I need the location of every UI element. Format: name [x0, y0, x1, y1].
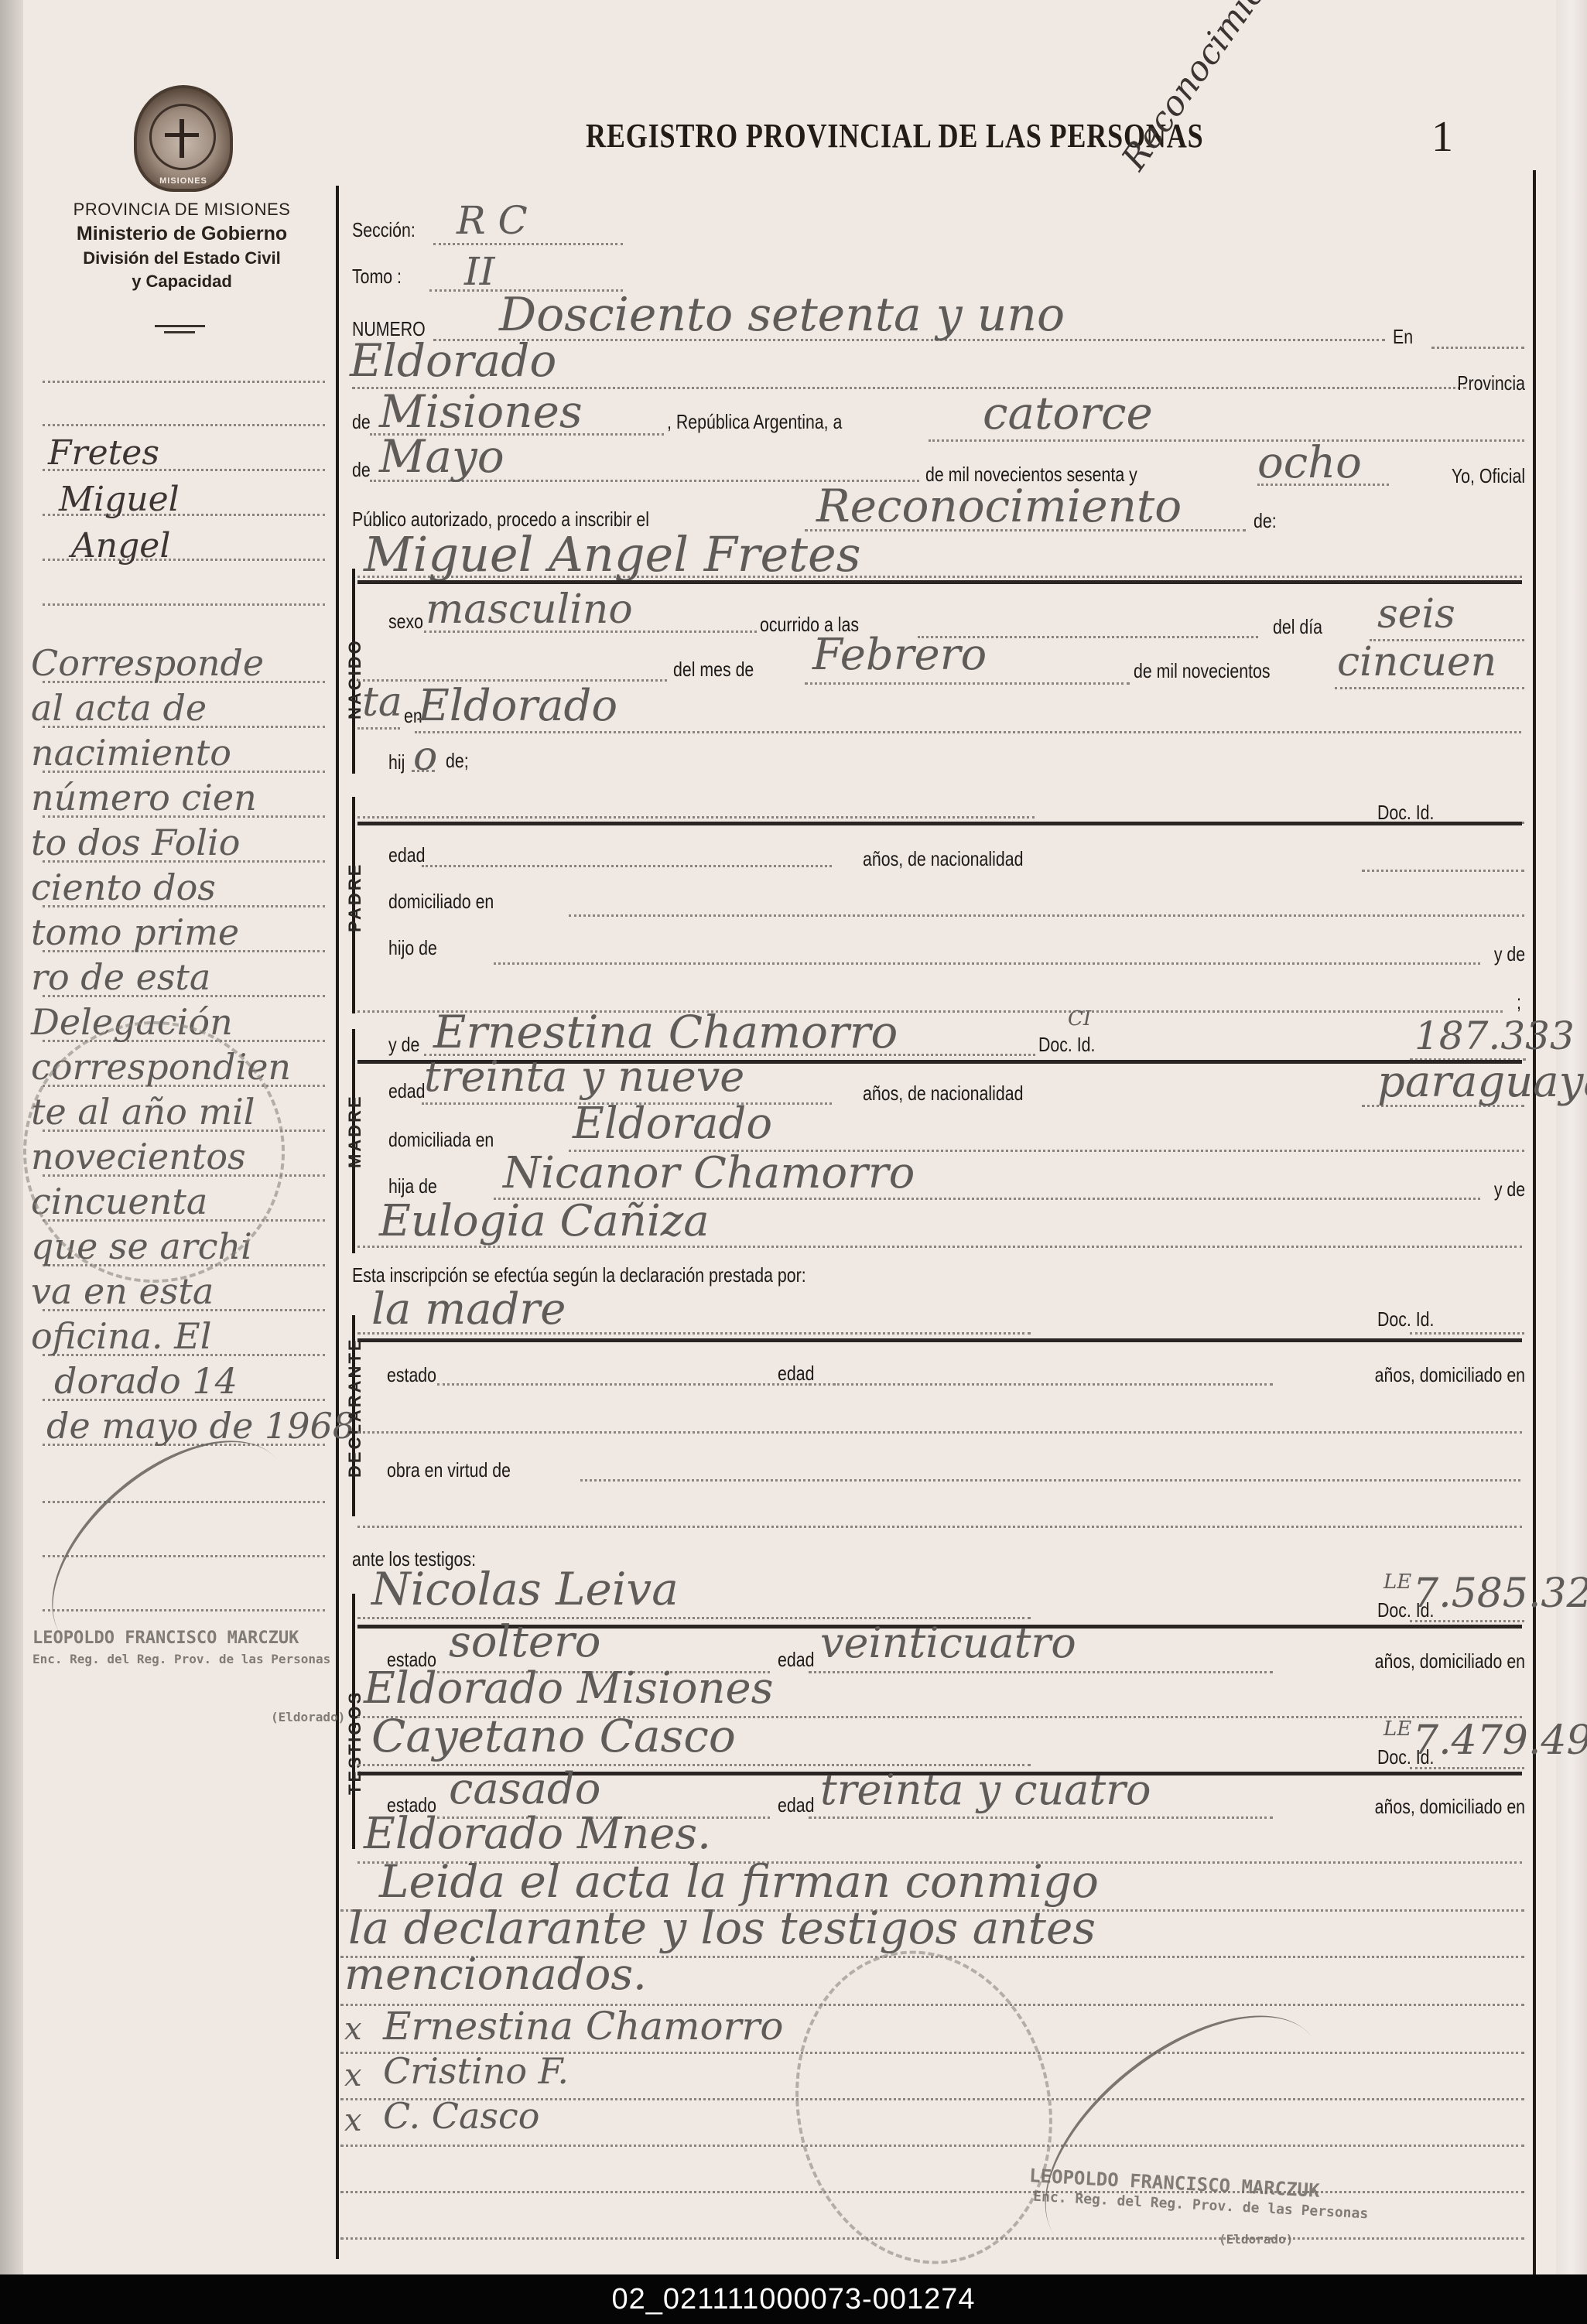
padre-semicolon: ; — [1517, 990, 1521, 1014]
year-value[interactable]: ocho — [1257, 438, 1362, 488]
officer-stamp-location: (Eldorado) — [1219, 2232, 1293, 2247]
margin-note-line: número cien — [31, 777, 257, 819]
witness-edad-label: edad — [778, 1648, 814, 1672]
del-dia-label: del día — [1273, 615, 1322, 639]
official-round-seal — [767, 1926, 1081, 2288]
subject-name-value[interactable]: Miguel Angel Fretes — [364, 526, 861, 583]
margin-given-name-1: Miguel — [59, 480, 180, 519]
witness-doc-type[interactable]: LE — [1383, 1570, 1411, 1594]
margin-surname: Fretes — [48, 433, 159, 473]
padre-edad-label: edad — [388, 843, 425, 867]
closing-line-3: mencionados. — [344, 1950, 647, 2000]
madre-y-de-label: y de — [388, 1033, 419, 1057]
declarante-doc-label: Doc. Id. — [1377, 1307, 1434, 1331]
madre-edad-value[interactable]: treinta y nueve — [424, 1052, 744, 1101]
margin-note-line: to dos Folio — [31, 822, 240, 863]
place-value[interactable]: Eldorado — [350, 334, 556, 387]
lugar-value[interactable]: Eldorado — [418, 681, 617, 731]
document-title: REGISTRO PROVINCIAL DE LAS PERSONAS — [586, 116, 1204, 156]
testigos-section-label: TESTIGOS — [345, 1690, 365, 1795]
page-binding — [0, 0, 23, 2274]
witness-doc-type[interactable]: LE — [1383, 1717, 1411, 1741]
declarante-obra-label: obra en virtud de — [387, 1458, 511, 1482]
corner-annotation: Reconocimiento — [1114, 0, 1305, 177]
declarante-anos-label: años, domiciliado en — [1375, 1363, 1525, 1387]
de-label: de — [352, 410, 371, 434]
margin-round-seal — [23, 1021, 285, 1283]
declarante-section-label: DECLARANTE — [345, 1337, 365, 1478]
witness-anos-label: años, domiciliado en — [1375, 1795, 1525, 1819]
margin-note-line: Corresponde — [31, 642, 264, 684]
madre-domicilio-value[interactable]: Eldorado — [573, 1099, 772, 1149]
witness-domicilio-value[interactable]: Eldorado Misiones — [364, 1663, 773, 1714]
madre-section-label: MADRE — [345, 1094, 365, 1168]
margin-note-line: tomo prime — [31, 911, 239, 953]
padre-domicilio-label: domiciliado en — [388, 890, 494, 914]
anio-value[interactable]: cincuen — [1337, 639, 1496, 685]
page-number: 1 — [1431, 112, 1453, 162]
mes-label: del mes de — [673, 658, 754, 682]
witness-estado-value[interactable]: casado — [449, 1764, 600, 1814]
witness-edad-value[interactable]: veinticuatro — [820, 1618, 1076, 1667]
issuer-division-2: y Capacidad — [31, 272, 333, 292]
left-frame-line — [336, 186, 339, 2259]
signature-witness-2: C. Casco — [383, 2095, 540, 2137]
day-value[interactable]: catorce — [983, 387, 1153, 439]
anio-value-cont[interactable]: ta — [362, 679, 402, 726]
issuer-block: PROVINCIA DE MISIONES Ministerio de Gobi… — [31, 200, 333, 292]
margin-note-line: al acta de — [31, 687, 207, 729]
margin-note-line: ciento dos — [31, 866, 216, 908]
declarante-name-value[interactable]: la madre — [371, 1284, 566, 1335]
issuer-ministry: Ministerio de Gobierno — [31, 223, 333, 245]
seccion-label: Sección: — [352, 218, 416, 242]
page-edge — [1556, 0, 1587, 2274]
witness-estado-value[interactable]: soltero — [449, 1617, 601, 1667]
madre-doc-label: Doc. Id. — [1038, 1033, 1095, 1057]
madre-domicilio-label: domiciliada en — [388, 1128, 494, 1152]
madre-nacionalidad-value[interactable]: paraguaya — [1377, 1057, 1587, 1107]
anio-label: de mil novecientos — [1134, 659, 1271, 683]
signature-mark: x — [344, 2011, 362, 2047]
margin-given-name-2: Angel — [71, 526, 170, 566]
section-rule — [357, 822, 1522, 825]
right-frame-line — [1533, 170, 1536, 2274]
madre-doc-type[interactable]: CI — [1068, 1007, 1091, 1030]
header-divider — [164, 331, 195, 333]
signature-declarante: Ernestina Chamorro — [383, 2004, 784, 2049]
madre-padre-value[interactable]: Nicanor Chamorro — [503, 1148, 915, 1198]
oficial-label: Yo, Oficial — [1452, 464, 1525, 488]
witness-edad-value[interactable]: treinta y cuatro — [820, 1765, 1151, 1814]
month-value[interactable]: Mayo — [379, 430, 504, 483]
hij-value[interactable]: o — [413, 733, 437, 780]
witness-domicilio-value[interactable]: Eldorado Mnes. — [364, 1809, 711, 1859]
madre-name-value[interactable]: Ernestina Chamorro — [433, 1006, 898, 1058]
margin-note-line: de mayo de 1968 — [46, 1405, 355, 1447]
margin-note-line: dorado 14 — [54, 1360, 238, 1402]
issuer-province: PROVINCIA DE MISIONES — [31, 200, 333, 220]
republica-label: , República Argentina, a — [667, 410, 842, 434]
madre-hija-label: hija de — [388, 1174, 437, 1198]
hij-label: hij — [388, 750, 405, 774]
section-rule — [357, 1338, 1522, 1342]
padre-hijo-label: hijo de — [388, 936, 437, 960]
margin-note-line: oficina. El — [31, 1315, 211, 1357]
padre-section-label: PADRE — [345, 863, 365, 932]
section-rule — [357, 580, 1522, 584]
margin-note-line: nacimiento — [31, 732, 231, 774]
seccion-value[interactable]: R C — [457, 198, 528, 243]
witness-edad-label: edad — [778, 1793, 814, 1817]
closing-line-2: la declarante y los testigos antes — [348, 1902, 1096, 1954]
issuer-division: División del Estado Civil — [31, 248, 333, 268]
de-label: de; — [446, 749, 469, 773]
declarante-estado-label: estado — [387, 1363, 436, 1387]
de-colon-label: de: — [1254, 509, 1277, 533]
witness-name-value[interactable]: Nicolas Leiva — [371, 1563, 679, 1615]
signature-mark: x — [344, 2058, 362, 2093]
madre-y-de-label-2: y de — [1494, 1177, 1525, 1201]
madre-madre-value[interactable]: Eulogia Cañiza — [379, 1196, 710, 1246]
closing-line-1: Leida el acta la firman conmigo — [379, 1855, 1099, 1908]
madre-edad-label: edad — [388, 1079, 425, 1103]
margin-officer-stamp-location: (Eldorado) — [271, 1710, 345, 1724]
province-crest-icon: MISIONES — [134, 85, 233, 192]
declarante-edad-label: edad — [778, 1362, 814, 1386]
header-divider — [155, 325, 205, 327]
witness-doc-value[interactable]: 7.479.492 — [1413, 1717, 1587, 1764]
provincia-label: Provincia — [1457, 371, 1525, 395]
signature-mark: x — [344, 2103, 362, 2138]
image-id-footer: 02_021111000073-001274 — [0, 2274, 1587, 2324]
margin-officer-stamp-title: Enc. Reg. del Reg. Prov. de las Personas — [32, 1652, 330, 1666]
witness-name-value[interactable]: Cayetano Casco — [371, 1710, 736, 1762]
en-label: En — [1393, 325, 1413, 349]
witness-doc-value[interactable]: 7.585.321 — [1413, 1570, 1587, 1617]
madre-doc-value[interactable]: 187.333 — [1414, 1013, 1575, 1058]
margin-officer-stamp: LEOPOLDO FRANCISCO MARCZUK — [32, 1629, 299, 1648]
tomo-label: Tomo : — [352, 265, 402, 289]
sexo-value[interactable]: masculino — [426, 586, 633, 633]
act-type-value[interactable]: Reconocimiento — [816, 480, 1182, 532]
registry-page: MISIONES PROVINCIA DE MISIONES Ministeri… — [0, 0, 1587, 2274]
dia-value[interactable]: seis — [1377, 591, 1455, 637]
margin-note-line: ro de esta — [31, 956, 210, 998]
signature-witness-1: Cristino F. — [383, 2050, 569, 2092]
numero-value[interactable]: Dosciento setenta y uno — [499, 288, 1065, 342]
de-label-2: de — [352, 458, 371, 482]
padre-y-de-label: y de — [1494, 942, 1525, 966]
madre-anos-label: años, de nacionalidad — [863, 1082, 1023, 1106]
tomo-value[interactable]: II — [464, 249, 495, 294]
officer-signature — [1003, 1968, 1366, 2305]
mes-value[interactable]: Febrero — [812, 630, 987, 680]
sexo-label: sexo — [388, 610, 423, 634]
witness-anos-label: años, domiciliado en — [1375, 1649, 1525, 1673]
padre-anos-label: años, de nacionalidad — [863, 847, 1023, 871]
